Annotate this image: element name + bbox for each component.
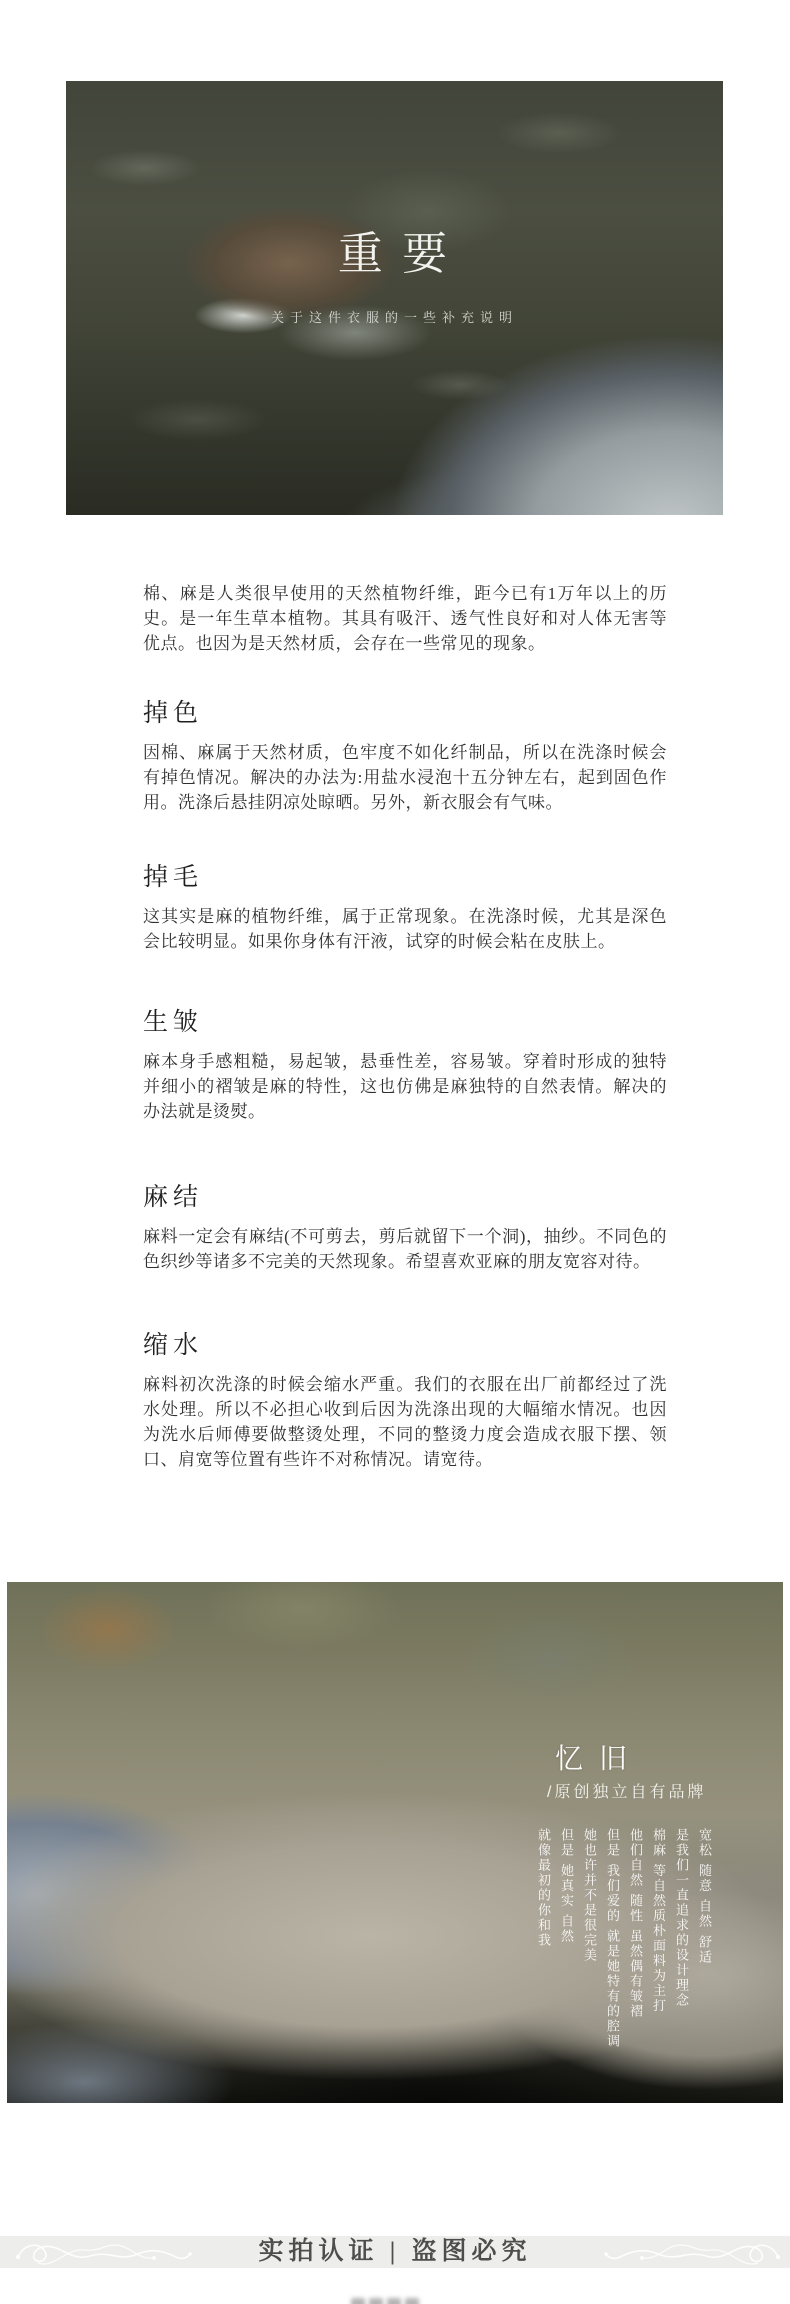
section-knots: 麻结 麻料一定会有麻结(不可剪去，剪后就留下一个洞)，抽纱。不同色的色织纱等诸多… — [143, 1182, 667, 1274]
section-wrinkling: 生皱 麻本身手感粗糙，易起皱，悬垂性差，容易皱。穿着时形成的独特并细小的褶皱是麻… — [143, 1007, 667, 1124]
vertical-text-line: 她也许并不是很完美 — [578, 1828, 601, 2078]
section-shrinkage: 缩水 麻料初次洗涤的时候会缩水严重。我们的衣服在出厂前都经过了洗水处理。所以不必… — [143, 1330, 667, 1472]
section-shedding: 掉毛 这其实是麻的植物纤维，属于正常现象。在洗涤时候，尤其是深色会比较明显。如果… — [143, 862, 667, 954]
vertical-text-line: 他们自然 随性 虽然偶有皱褶 — [624, 1828, 647, 2078]
footer-band: 实拍认证 | 盗图必究 — [0, 2236, 790, 2268]
section-body: 麻本身手感粗糙，易起皱，悬垂性差，容易皱。穿着时形成的独特并细小的褶皱是麻的特性… — [143, 1049, 667, 1124]
section-title: 掉毛 — [143, 862, 667, 894]
brand-logo: 忆旧 — [555, 1737, 643, 1777]
section-body: 麻料初次洗涤的时候会缩水严重。我们的衣服在出厂前都经过了洗水处理。所以不必担心收… — [143, 1372, 667, 1472]
section-title: 麻结 — [143, 1182, 667, 1214]
brand-tagline: /原创独立自有品牌 — [547, 1779, 706, 1802]
section-title: 缩水 — [143, 1330, 667, 1362]
vertical-text-line: 就像最初的你和我 — [532, 1828, 555, 2078]
section-fading: 掉色 因棉、麻属于天然材质，色牢度不如化纤制品，所以在洗涤时候会有掉色情况。解决… — [143, 698, 667, 815]
hero-photo: 重 要 关于这件衣服的一些补充说明 — [66, 81, 723, 515]
section-body: 麻料一定会有麻结(不可剪去，剪后就留下一个洞)，抽纱。不同色的色织纱等诸多不完美… — [143, 1224, 667, 1274]
intro-block: 棉、麻是人类很早使用的天然植物纤维，距今已有1万年以上的历史。是一年生草本植物。… — [143, 581, 667, 656]
brand-vertical-text: 宽松 随意 自然 舒适 是我们一直追求的设计理念 棉麻 等自然质朴面料为主打 他… — [532, 1828, 716, 2078]
section-body: 这其实是麻的植物纤维，属于正常现象。在洗涤时候，尤其是深色会比较明显。如果你身体… — [143, 904, 667, 954]
vertical-text-line: 宽松 随意 自然 舒适 — [693, 1828, 716, 2078]
hero-subtitle: 关于这件衣服的一些补充说明 — [66, 307, 723, 326]
cropped-glyph — [351, 2298, 365, 2304]
product-description-page: 重 要 关于这件衣服的一些补充说明 棉、麻是人类很早使用的天然植物纤维，距今已有… — [0, 0, 790, 2304]
vertical-text-line: 但是 我们爱的 就是她特有的腔调 — [601, 1828, 624, 2078]
vertical-text-line: 棉麻 等自然质朴面料为主打 — [647, 1828, 670, 2078]
cropped-glyph — [387, 2298, 401, 2304]
bottom-cropped-text — [351, 2298, 419, 2304]
cropped-glyph — [405, 2298, 419, 2304]
scroll-ornament-right — [602, 2236, 782, 2268]
section-body: 因棉、麻属于天然材质，色牢度不如化纤制品，所以在洗涤时候会有掉色情况。解决的办法… — [143, 740, 667, 815]
scroll-ornament-left — [14, 2236, 194, 2268]
brand-photo: 忆旧 /原创独立自有品牌 宽松 随意 自然 舒适 是我们一直追求的设计理念 棉麻… — [7, 1582, 783, 2103]
vertical-text-line: 是我们一直追求的设计理念 — [670, 1828, 693, 2078]
vertical-text-line: 但是 她真实 自然 — [555, 1828, 578, 2078]
intro-paragraph: 棉、麻是人类很早使用的天然植物纤维，距今已有1万年以上的历史。是一年生草本植物。… — [143, 581, 667, 656]
section-title: 掉色 — [143, 698, 667, 730]
section-title: 生皱 — [143, 1007, 667, 1039]
cropped-glyph — [369, 2298, 383, 2304]
hero-title: 重 要 — [66, 229, 723, 281]
footer-text: 实拍认证 | 盗图必究 — [258, 2236, 531, 2268]
